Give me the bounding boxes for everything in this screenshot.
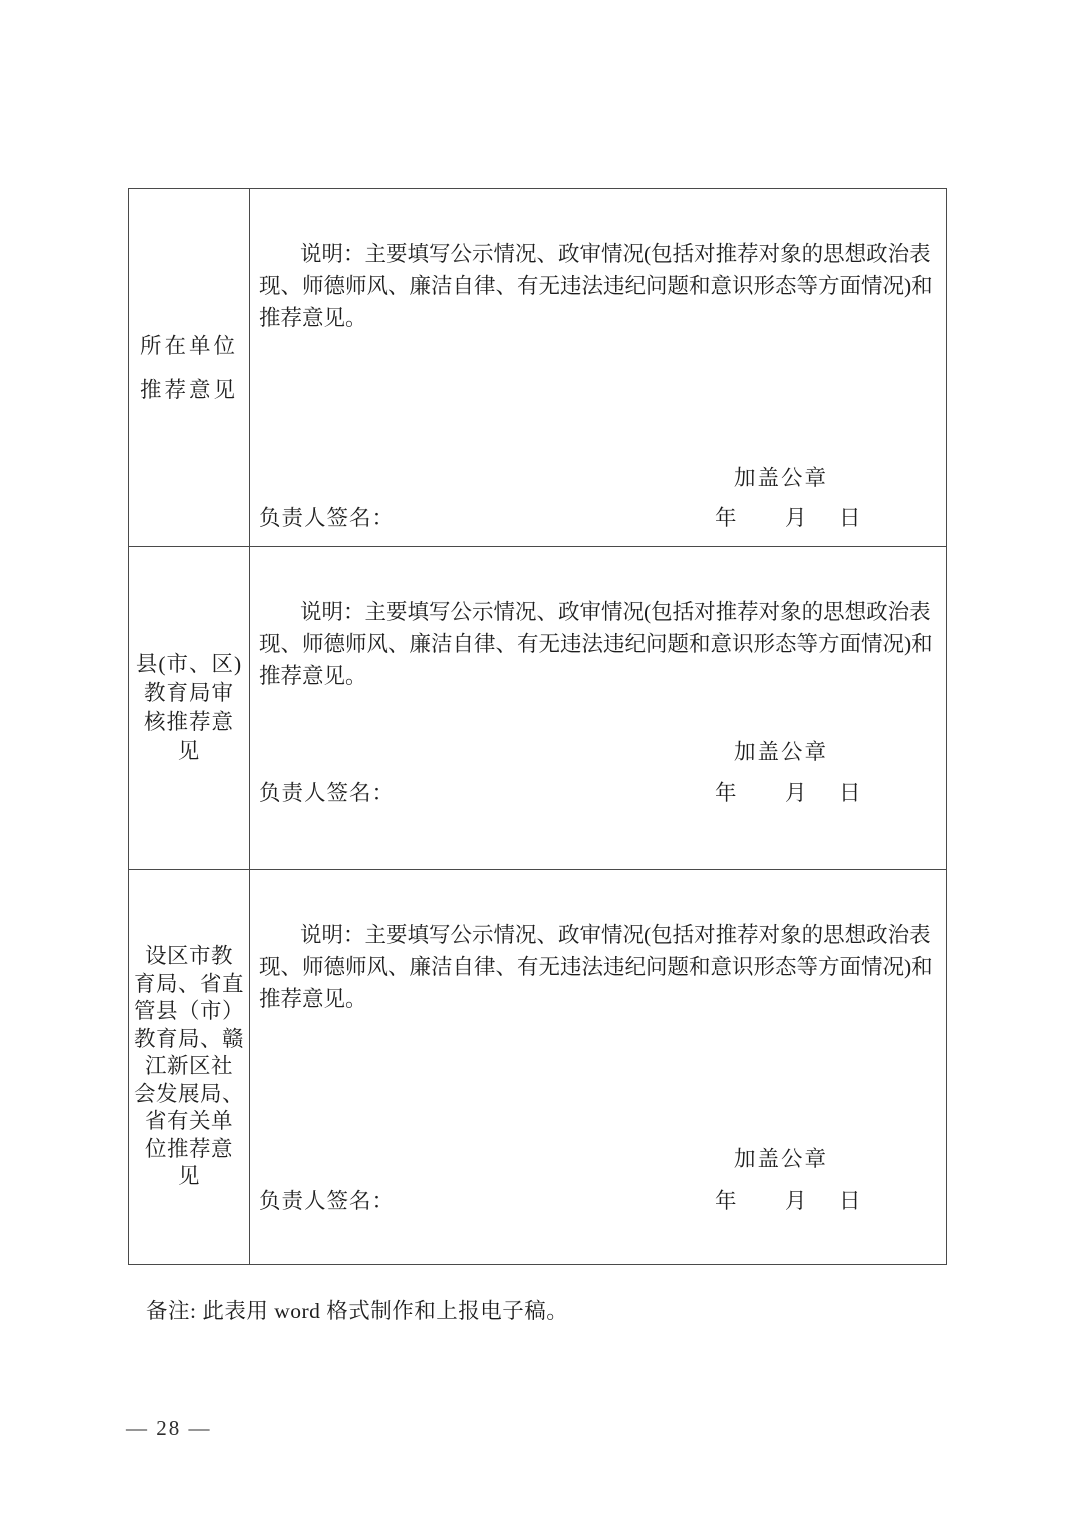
date-day-label: 日 [839, 1184, 861, 1215]
seal-label: 加盖公章 [734, 1142, 828, 1173]
signer-label: 负责人签名： [259, 776, 394, 807]
row-header-cell: 县(市、区) 教育局审 核推荐意 见 [129, 547, 250, 869]
date-day-label: 日 [839, 776, 861, 807]
seal-label: 加盖公章 [734, 461, 828, 492]
signer-label: 负责人签名： [259, 501, 394, 532]
row-header-label: 所在单位 推荐意见 [140, 324, 238, 412]
document-page: 所在单位 推荐意见 说明：主要填写公示情况、政审情况(包括对推荐对象的思想政治表… [0, 0, 1074, 1520]
table-row-county-bureau-review: 县(市、区) 教育局审 核推荐意 见 说明：主要填写公示情况、政审情况(包括对推… [129, 547, 946, 870]
row-content-cell: 说明：主要填写公示情况、政审情况(包括对推荐对象的思想政治表 现、师德师风、廉洁… [250, 870, 946, 1264]
date-month-label: 月 [785, 776, 807, 807]
instruction-text: 说明：主要填写公示情况、政审情况(包括对推荐对象的思想政治表 现、师德师风、廉洁… [259, 238, 945, 334]
instruction-text: 说明：主要填写公示情况、政审情况(包括对推荐对象的思想政治表 现、师德师风、廉洁… [259, 596, 945, 692]
date-year-label: 年 [715, 1184, 737, 1215]
seal-label: 加盖公章 [734, 735, 828, 766]
signature-line: 负责人签名： 年 月 日 [259, 1184, 949, 1212]
row-header-cell: 所在单位 推荐意见 [129, 189, 250, 546]
date-month-label: 月 [785, 501, 807, 532]
date-year-label: 年 [715, 501, 737, 532]
row-content-cell: 说明：主要填写公示情况、政审情况(包括对推荐对象的思想政治表 现、师德师风、廉洁… [250, 189, 946, 546]
date-day-label: 日 [839, 501, 861, 532]
table-row-unit-recommendation: 所在单位 推荐意见 说明：主要填写公示情况、政审情况(包括对推荐对象的思想政治表… [129, 189, 946, 547]
table-row-city-bureau-recommendation: 设区市教 育局、省直 管县（市） 教育局、赣 江新区社 会发展局、 省有关单 位… [129, 870, 946, 1264]
recommendation-table: 所在单位 推荐意见 说明：主要填写公示情况、政审情况(包括对推荐对象的思想政治表… [128, 188, 947, 1265]
row-header-label: 县(市、区) 教育局审 核推荐意 见 [136, 650, 242, 766]
page-number: — 28 — [126, 1416, 212, 1441]
instruction-text: 说明：主要填写公示情况、政审情况(包括对推荐对象的思想政治表 现、师德师风、廉洁… [259, 919, 945, 1015]
signature-line: 负责人签名： 年 月 日 [259, 776, 949, 804]
signer-label: 负责人签名： [259, 1184, 394, 1215]
remark-note: 备注: 此表用 word 格式制作和上报电子稿。 [146, 1294, 568, 1325]
row-content-cell: 说明：主要填写公示情况、政审情况(包括对推荐对象的思想政治表 现、师德师风、廉洁… [250, 547, 946, 869]
row-header-label: 设区市教 育局、省直 管县（市） 教育局、赣 江新区社 会发展局、 省有关单 位… [134, 943, 244, 1191]
date-year-label: 年 [715, 776, 737, 807]
date-month-label: 月 [785, 1184, 807, 1215]
row-header-cell: 设区市教 育局、省直 管县（市） 教育局、赣 江新区社 会发展局、 省有关单 位… [129, 870, 250, 1264]
signature-line: 负责人签名： 年 月 日 [259, 501, 949, 529]
